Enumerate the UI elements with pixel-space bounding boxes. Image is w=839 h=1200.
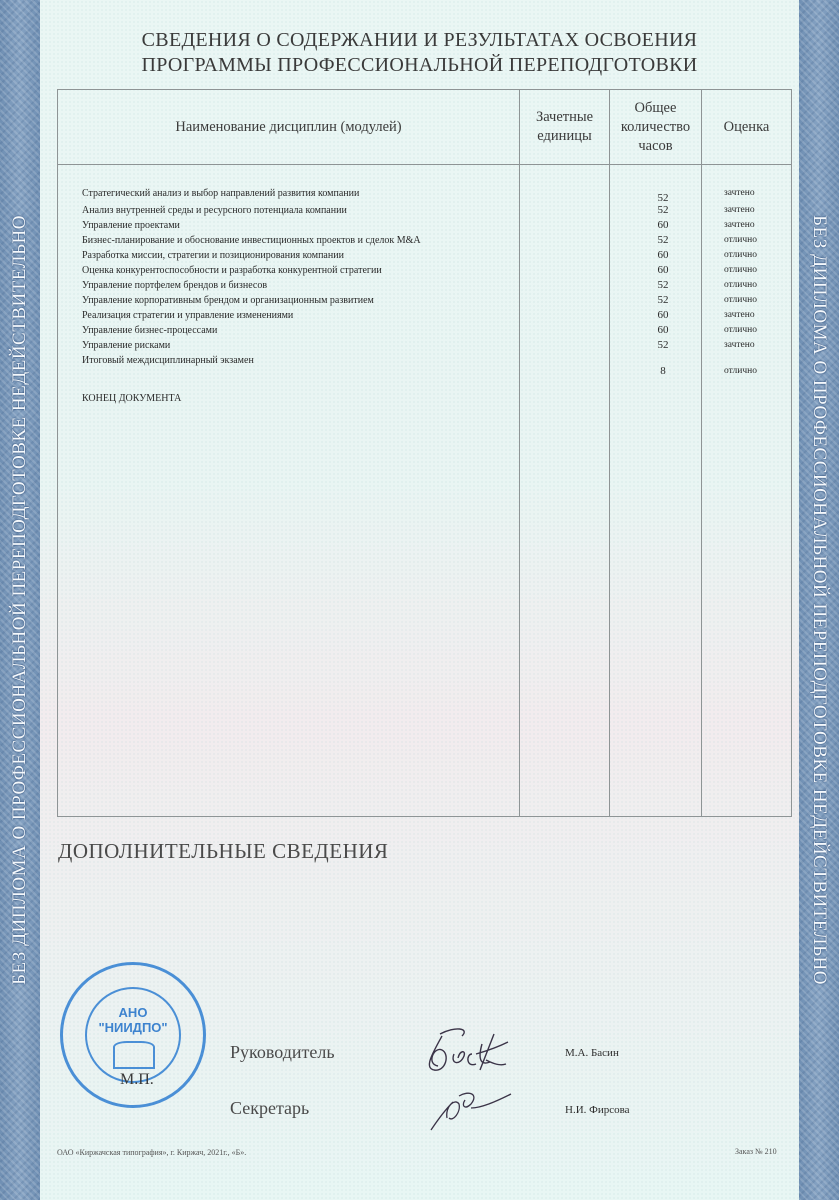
discipline-grade: отлично xyxy=(724,233,757,248)
table-row: Стратегический анализ и выбор направлени… xyxy=(58,186,791,201)
discipline-grade: зачтено xyxy=(724,218,755,233)
discipline-grade: отлично xyxy=(724,263,757,278)
discipline-hours: 52 xyxy=(646,338,680,353)
document-title-line2: ПРОГРАММЫ ПРОФЕССИОНАЛЬНОЙ ПЕРЕПОДГОТОВК… xyxy=(100,53,739,78)
signature-role-secretary: Секретарь xyxy=(230,1098,309,1119)
signature-role-director: Руководитель xyxy=(230,1042,335,1063)
seal-placeholder-label: М.П. xyxy=(120,1071,154,1089)
security-band-right-text: БЕЗ ДИПЛОМА О ПРОФЕССИОНАЛЬНОЙ ПЕРЕПОДГО… xyxy=(808,215,830,985)
discipline-grade: зачтено xyxy=(724,186,755,201)
document-title-line1: СВЕДЕНИЯ О СОДЕРЖАНИИ И РЕЗУЛЬТАТАХ ОСВО… xyxy=(100,28,739,53)
table-row: Управление портфелем брендов и бизнесов5… xyxy=(58,278,791,293)
discipline-name: Бизнес-планирование и обоснование инвест… xyxy=(82,233,421,248)
discipline-grade: отлично xyxy=(724,293,757,308)
discipline-grade: отлично xyxy=(724,364,757,379)
discipline-hours: 52 xyxy=(646,293,680,308)
discipline-name: Реализация стратегии и управление измене… xyxy=(82,308,293,323)
discipline-hours: 60 xyxy=(646,218,680,233)
director-signature-icon xyxy=(420,1024,520,1080)
discipline-hours: 60 xyxy=(646,263,680,278)
table-row: Реализация стратегии и управление измене… xyxy=(58,308,791,323)
disciplines-table: Наименование дисциплин (модулей) Зачетны… xyxy=(57,89,792,817)
table-row: Итоговый междисциплинарный экзамен8отлич… xyxy=(58,353,791,368)
discipline-name: Управление бизнес-процессами xyxy=(82,323,217,338)
discipline-hours: 60 xyxy=(646,308,680,323)
discipline-grade: отлично xyxy=(724,278,757,293)
printer-imprint: ОАО «Киржачская типография», г. Киржач, … xyxy=(57,1148,246,1157)
table-row: Управление проектами60зачтено xyxy=(58,218,791,233)
table-row: Бизнес-планирование и обоснование инвест… xyxy=(58,233,791,248)
security-band-right: БЕЗ ДИПЛОМА О ПРОФЕССИОНАЛЬНОЙ ПЕРЕПОДГО… xyxy=(799,0,839,1200)
signature-name-secretary: Н.И. Фирсова xyxy=(565,1104,630,1116)
discipline-hours: 8 xyxy=(646,364,680,379)
stamp-book-icon xyxy=(113,1041,155,1069)
signature-name-director: М.А. Басин xyxy=(565,1047,619,1059)
table-row: Управление рисками52зачтено xyxy=(58,338,791,353)
discipline-hours: 60 xyxy=(646,248,680,263)
header-credits-line1: Зачетные xyxy=(536,108,593,127)
discipline-grade: отлично xyxy=(724,248,757,263)
discipline-name: Управление портфелем брендов и бизнесов xyxy=(82,278,267,293)
discipline-grade: отлично xyxy=(724,323,757,338)
discipline-grade: зачтено xyxy=(724,203,755,218)
header-discipline: Наименование дисциплин (модулей) xyxy=(58,90,519,164)
discipline-hours: 52 xyxy=(646,203,680,218)
additional-info-title: ДОПОЛНИТЕЛЬНЫЕ СВЕДЕНИЯ xyxy=(58,839,388,864)
header-hours-line3: часов xyxy=(638,137,672,156)
discipline-name: Анализ внутренней среды и ресурсного пот… xyxy=(82,203,347,218)
header-credits-line2: единицы xyxy=(537,127,591,146)
discipline-name: Управление корпоративным брендом и орган… xyxy=(82,293,374,308)
security-band-left: БЕЗ ДИПЛОМА О ПРОФЕССИОНАЛЬНОЙ ПЕРЕПОДГО… xyxy=(0,0,40,1200)
discipline-name: Управление проектами xyxy=(82,218,180,233)
discipline-name: Оценка конкурентоспособности и разработк… xyxy=(82,263,382,278)
table-row: Оценка конкурентоспособности и разработк… xyxy=(58,263,791,278)
table-row: Управление корпоративным брендом и орган… xyxy=(58,293,791,308)
end-of-document: КОНЕЦ ДОКУМЕНТА xyxy=(82,393,181,404)
table-row: Анализ внутренней среды и ресурсного пот… xyxy=(58,203,791,218)
discipline-hours: 52 xyxy=(646,278,680,293)
discipline-hours: 60 xyxy=(646,323,680,338)
header-grade: Оценка xyxy=(702,90,791,164)
header-credits: Зачетные единицы xyxy=(520,90,609,164)
header-hours-line1: Общее xyxy=(635,99,677,118)
discipline-name: Разработка миссии, стратегии и позициони… xyxy=(82,248,344,263)
table-row: Управление бизнес-процессами60отлично xyxy=(58,323,791,338)
stamp-line1: АНО xyxy=(63,1005,203,1020)
discipline-name: Управление рисками xyxy=(82,338,170,353)
discipline-grade: зачтено xyxy=(724,308,755,323)
header-hours: Общее количество часов xyxy=(610,90,701,164)
discipline-hours: 52 xyxy=(646,233,680,248)
security-band-left-text: БЕЗ ДИПЛОМА О ПРОФЕССИОНАЛЬНОЙ ПЕРЕПОДГО… xyxy=(9,215,31,985)
stamp-line2: "НИИДПО" xyxy=(63,1020,203,1035)
order-number: Заказ № 210 xyxy=(735,1147,777,1156)
stamp-org-name: АНО "НИИДПО" xyxy=(63,1005,203,1035)
header-hours-line2: количество xyxy=(621,118,690,137)
table-row: Разработка миссии, стратегии и позициони… xyxy=(58,248,791,263)
document-title: СВЕДЕНИЯ О СОДЕРЖАНИИ И РЕЗУЛЬТАТАХ ОСВО… xyxy=(100,28,739,78)
discipline-name: Итоговый междисциплинарный экзамен xyxy=(82,353,254,368)
discipline-grade: зачтено xyxy=(724,338,755,353)
secretary-signature-icon xyxy=(425,1088,515,1134)
discipline-name: Стратегический анализ и выбор направлени… xyxy=(82,186,359,201)
header-divider xyxy=(58,164,791,165)
